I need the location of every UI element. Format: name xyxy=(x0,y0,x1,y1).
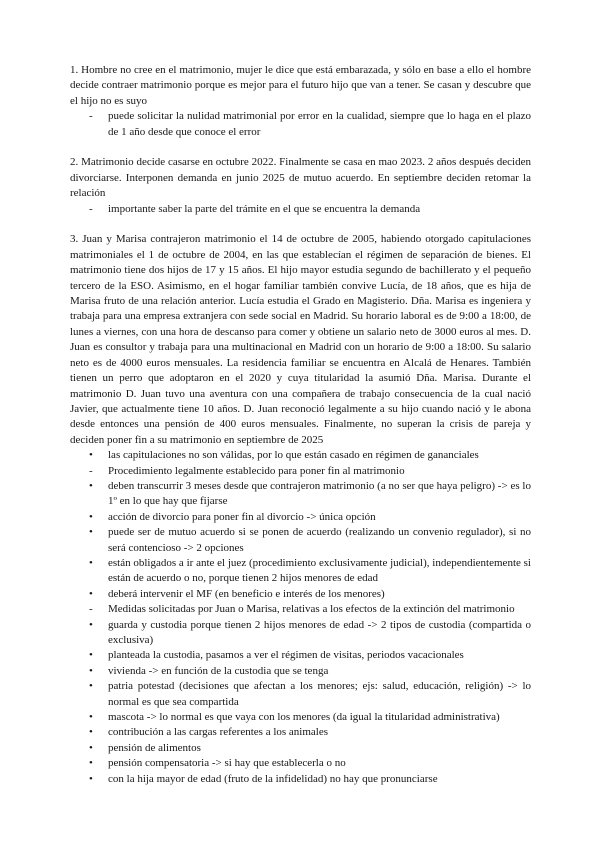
list-item: • deberá intervenir el MF (en beneficio … xyxy=(70,587,531,602)
bullet-marker: • xyxy=(89,648,108,663)
list-item: • están obligados a ir ante el juez (pro… xyxy=(70,556,531,587)
list-item: • vivienda -> en función de la custodia … xyxy=(70,664,531,679)
case-1-paragraph: 1. Hombre no cree en el matrimonio, muje… xyxy=(70,63,531,109)
case-3-paragraph: 3. Juan y Marisa contrajeron matrimonio … xyxy=(70,232,531,448)
bullet-marker: • xyxy=(89,664,108,679)
bullet-marker: • xyxy=(89,772,108,787)
list-item-text: guarda y custodia porque tienen 2 hijos … xyxy=(108,618,531,649)
list-item-text: puede solicitar la nulidad matrimonial p… xyxy=(108,109,531,140)
list-item-text: Procedimiento legalmente establecido par… xyxy=(108,464,531,479)
bullet-marker: • xyxy=(89,679,108,710)
list-item: • pensión compensatoria -> si hay que es… xyxy=(70,756,531,771)
dash-marker: - xyxy=(89,202,108,217)
document-page: 1. Hombre no cree en el matrimonio, muje… xyxy=(70,63,531,787)
bullet-marker: • xyxy=(89,479,108,510)
list-item-text: pensión de alimentos xyxy=(108,741,531,756)
list-item: • guarda y custodia porque tienen 2 hijo… xyxy=(70,618,531,649)
case-3-section: 3. Juan y Marisa contrajeron matrimonio … xyxy=(70,232,531,787)
list-item-text: deberá intervenir el MF (en beneficio e … xyxy=(108,587,531,602)
list-item: • pensión de alimentos xyxy=(70,741,531,756)
dash-marker: - xyxy=(89,109,108,140)
bullet-marker: • xyxy=(89,710,108,725)
list-item: • con la hija mayor de edad (fruto de la… xyxy=(70,772,531,787)
list-item-text: las capitulaciones no son válidas, por l… xyxy=(108,448,531,463)
list-item: - puede solicitar la nulidad matrimonial… xyxy=(70,109,531,140)
case-2-list: - importante saber la parte del trámite … xyxy=(70,202,531,217)
bullet-marker: • xyxy=(89,741,108,756)
list-item-text: deben transcurrir 3 meses desde que cont… xyxy=(108,479,531,510)
bullet-marker: • xyxy=(89,725,108,740)
list-item: - Medidas solicitadas por Juan o Marisa,… xyxy=(70,602,531,617)
list-item: • puede ser de mutuo acuerdo si se ponen… xyxy=(70,525,531,556)
list-item-text: Medidas solicitadas por Juan o Marisa, r… xyxy=(108,602,531,617)
dash-marker: - xyxy=(89,602,108,617)
list-item-text: puede ser de mutuo acuerdo si se ponen d… xyxy=(108,525,531,556)
list-item-text: patria potestad (decisiones que afectan … xyxy=(108,679,531,710)
list-item: • deben transcurrir 3 meses desde que co… xyxy=(70,479,531,510)
bullet-marker: • xyxy=(89,510,108,525)
list-item: - importante saber la parte del trámite … xyxy=(70,202,531,217)
list-item: - Procedimiento legalmente establecido p… xyxy=(70,464,531,479)
list-item-text: con la hija mayor de edad (fruto de la i… xyxy=(108,772,531,787)
bullet-marker: • xyxy=(89,556,108,587)
dash-marker: - xyxy=(89,464,108,479)
list-item-text: contribución a las cargas referentes a l… xyxy=(108,725,531,740)
bullet-marker: • xyxy=(89,587,108,602)
case-1-list: - puede solicitar la nulidad matrimonial… xyxy=(70,109,531,140)
list-item: • planteada la custodia, pasamos a ver e… xyxy=(70,648,531,663)
case-3-list: • las capitulaciones no son válidas, por… xyxy=(70,448,531,787)
list-item: • acción de divorcio para poner fin al d… xyxy=(70,510,531,525)
list-item-text: están obligados a ir ante el juez (proce… xyxy=(108,556,531,587)
list-item-text: mascota -> lo normal es que vaya con los… xyxy=(108,710,531,725)
bullet-marker: • xyxy=(89,756,108,771)
case-2-section: 2. Matrimonio decide casarse en octubre … xyxy=(70,155,531,217)
case-2-paragraph: 2. Matrimonio decide casarse en octubre … xyxy=(70,155,531,201)
bullet-marker: • xyxy=(89,618,108,649)
list-item-text: planteada la custodia, pasamos a ver el … xyxy=(108,648,531,663)
list-item-text: pensión compensatoria -> si hay que esta… xyxy=(108,756,531,771)
list-item-text: acción de divorcio para poner fin al div… xyxy=(108,510,531,525)
bullet-marker: • xyxy=(89,448,108,463)
list-item-text: vivienda -> en función de la custodia qu… xyxy=(108,664,531,679)
list-item-text: importante saber la parte del trámite en… xyxy=(108,202,531,217)
list-item: • contribución a las cargas referentes a… xyxy=(70,725,531,740)
list-item: • las capitulaciones no son válidas, por… xyxy=(70,448,531,463)
bullet-marker: • xyxy=(89,525,108,556)
case-1-section: 1. Hombre no cree en el matrimonio, muje… xyxy=(70,63,531,140)
list-item: • patria potestad (decisiones que afecta… xyxy=(70,679,531,710)
list-item: • mascota -> lo normal es que vaya con l… xyxy=(70,710,531,725)
